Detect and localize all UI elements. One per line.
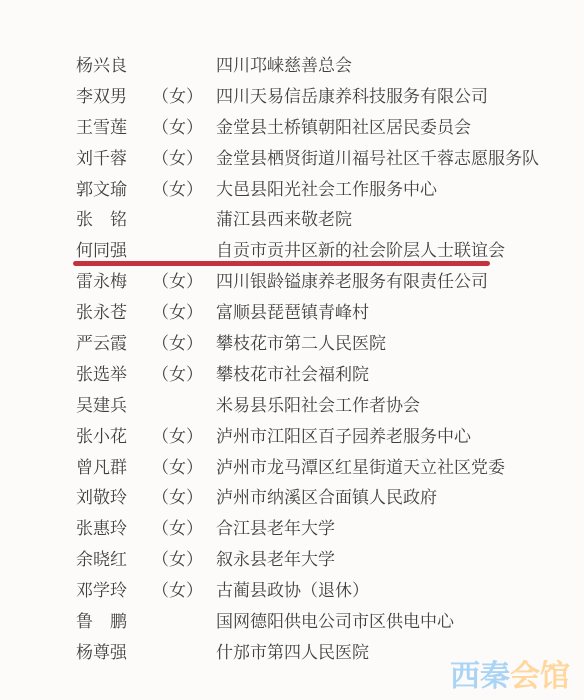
person-name: 严云霞 <box>76 329 152 354</box>
person-name: 刘千蓉 <box>76 144 152 169</box>
list-item: 刘敬玲 （女） 泸州市纳溪区合面镇人民政府 <box>0 480 584 511</box>
person-name: 张永苍 <box>76 298 152 323</box>
organization-name: 金堂县土桥镇朝阳社区居民委员会 <box>216 113 584 138</box>
list-item: 刘千蓉 （女） 金堂县栖贤街道川福号社区千蓉志愿服务队 <box>0 141 584 172</box>
organization-name: 国网德阳供电公司市区供电中心 <box>216 607 584 632</box>
list-item: 严云霞 （女） 攀枝花市第二人民医院 <box>0 326 584 357</box>
gender-label: （女） <box>152 422 216 447</box>
person-name: 张小花 <box>76 422 152 447</box>
organization-name: 泸州市龙马潭区红星街道天立社区党委 <box>216 453 584 478</box>
gender-label: （女） <box>152 113 216 138</box>
person-name: 邓学玲 <box>76 576 152 601</box>
organization-name: 米易县乐阳社会工作者协会 <box>216 391 584 416</box>
person-name: 鲁 鹏 <box>76 607 152 632</box>
gender-label: （女） <box>152 82 216 107</box>
person-name: 郭文瑜 <box>76 175 152 200</box>
list-item: 张永苍 （女） 富顺县琵琶镇青峰村 <box>0 295 584 326</box>
organization-name: 合江县老年大学 <box>216 514 584 539</box>
watermark-text-orange: 会馆 <box>510 660 570 693</box>
organization-name: 金堂县栖贤街道川福号社区千蓉志愿服务队 <box>216 144 584 169</box>
list-item: 曾凡群 （女） 泸州市龙马潭区红星街道天立社区党委 <box>0 450 584 481</box>
organization-name: 四川邛崃慈善总会 <box>216 51 584 76</box>
organization-name: 四川天易信岳康养科技服务有限公司 <box>216 82 584 107</box>
organization-name: 泸州市纳溪区合面镇人民政府 <box>216 483 584 508</box>
organization-name: 叙永县老年大学 <box>216 545 584 570</box>
person-name: 曾凡群 <box>76 453 152 478</box>
list-item: 何同强 自贡市贡井区新的社会阶层人士联谊会 <box>0 233 584 264</box>
list-item: 李双男 （女） 四川天易信岳康养科技服务有限公司 <box>0 79 584 110</box>
gender-label: （女） <box>152 514 216 539</box>
gender-label: （女） <box>152 453 216 478</box>
person-name: 雷永梅 <box>76 267 152 292</box>
organization-name: 富顺县琵琶镇青峰村 <box>216 298 584 323</box>
list-item: 吴建兵 米易县乐阳社会工作者协会 <box>0 388 584 419</box>
organization-name: 古蔺县政协（退休） <box>216 576 584 601</box>
gender-label: （女） <box>152 267 216 292</box>
list-item: 张选举 （女） 攀枝花市社会福利院 <box>0 357 584 388</box>
gender-label: （女） <box>152 483 216 508</box>
gender-label: （女） <box>152 144 216 169</box>
person-name: 李双男 <box>76 82 152 107</box>
list-item: 张惠玲 （女） 合江县老年大学 <box>0 511 584 542</box>
list-item: 杨兴良 四川邛崃慈善总会 <box>0 48 584 79</box>
watermark-text-blue: 西秦 <box>450 660 510 693</box>
organization-name: 攀枝花市第二人民医院 <box>216 329 584 354</box>
organization-name: 蒲江县西来敬老院 <box>216 205 584 230</box>
person-name: 张惠玲 <box>76 514 152 539</box>
list-item: 郭文瑜 （女） 大邑县阳光社会工作服务中心 <box>0 172 584 203</box>
organization-name: 四川银龄镒康养老服务有限责任公司 <box>216 267 584 292</box>
person-name: 杨尊强 <box>76 638 152 663</box>
person-name: 张 铭 <box>76 205 152 230</box>
list-item: 雷永梅 （女） 四川银龄镒康养老服务有限责任公司 <box>0 264 584 295</box>
list-item: 余晓红 （女） 叙永县老年大学 <box>0 542 584 573</box>
person-name: 吴建兵 <box>76 391 152 416</box>
person-name: 余晓红 <box>76 545 152 570</box>
list-item: 王雪莲 （女） 金堂县土桥镇朝阳社区居民委员会 <box>0 110 584 141</box>
gender-label: （女） <box>152 576 216 601</box>
organization-name: 泸州市江阳区百子园养老服务中心 <box>216 422 584 447</box>
person-name: 何同强 <box>76 236 152 261</box>
person-name: 杨兴良 <box>76 51 152 76</box>
organization-name: 攀枝花市社会福利院 <box>216 360 584 385</box>
gender-label: （女） <box>152 298 216 323</box>
list-item: 张 铭 蒲江县西来敬老院 <box>0 202 584 233</box>
organization-name: 大邑县阳光社会工作服务中心 <box>216 175 584 200</box>
person-name: 刘敬玲 <box>76 483 152 508</box>
person-name: 王雪莲 <box>76 113 152 138</box>
gender-label: （女） <box>152 360 216 385</box>
list-item: 鲁 鹏 国网德阳供电公司市区供电中心 <box>0 604 584 635</box>
organization-name: 自贡市贡井区新的社会阶层人士联谊会 <box>216 236 584 261</box>
document-page: 杨兴良 四川邛崃慈善总会 李双男 （女） 四川天易信岳康养科技服务有限公司 王雪… <box>0 0 584 700</box>
person-name: 张选举 <box>76 360 152 385</box>
watermark: 西秦会馆 <box>450 660 570 694</box>
gender-label: （女） <box>152 175 216 200</box>
gender-label: （女） <box>152 545 216 570</box>
recipient-list: 杨兴良 四川邛崃慈善总会 李双男 （女） 四川天易信岳康养科技服务有限公司 王雪… <box>0 48 584 666</box>
list-item: 张小花 （女） 泸州市江阳区百子园养老服务中心 <box>0 419 584 450</box>
gender-label: （女） <box>152 329 216 354</box>
list-item: 邓学玲 （女） 古蔺县政协（退休） <box>0 573 584 604</box>
